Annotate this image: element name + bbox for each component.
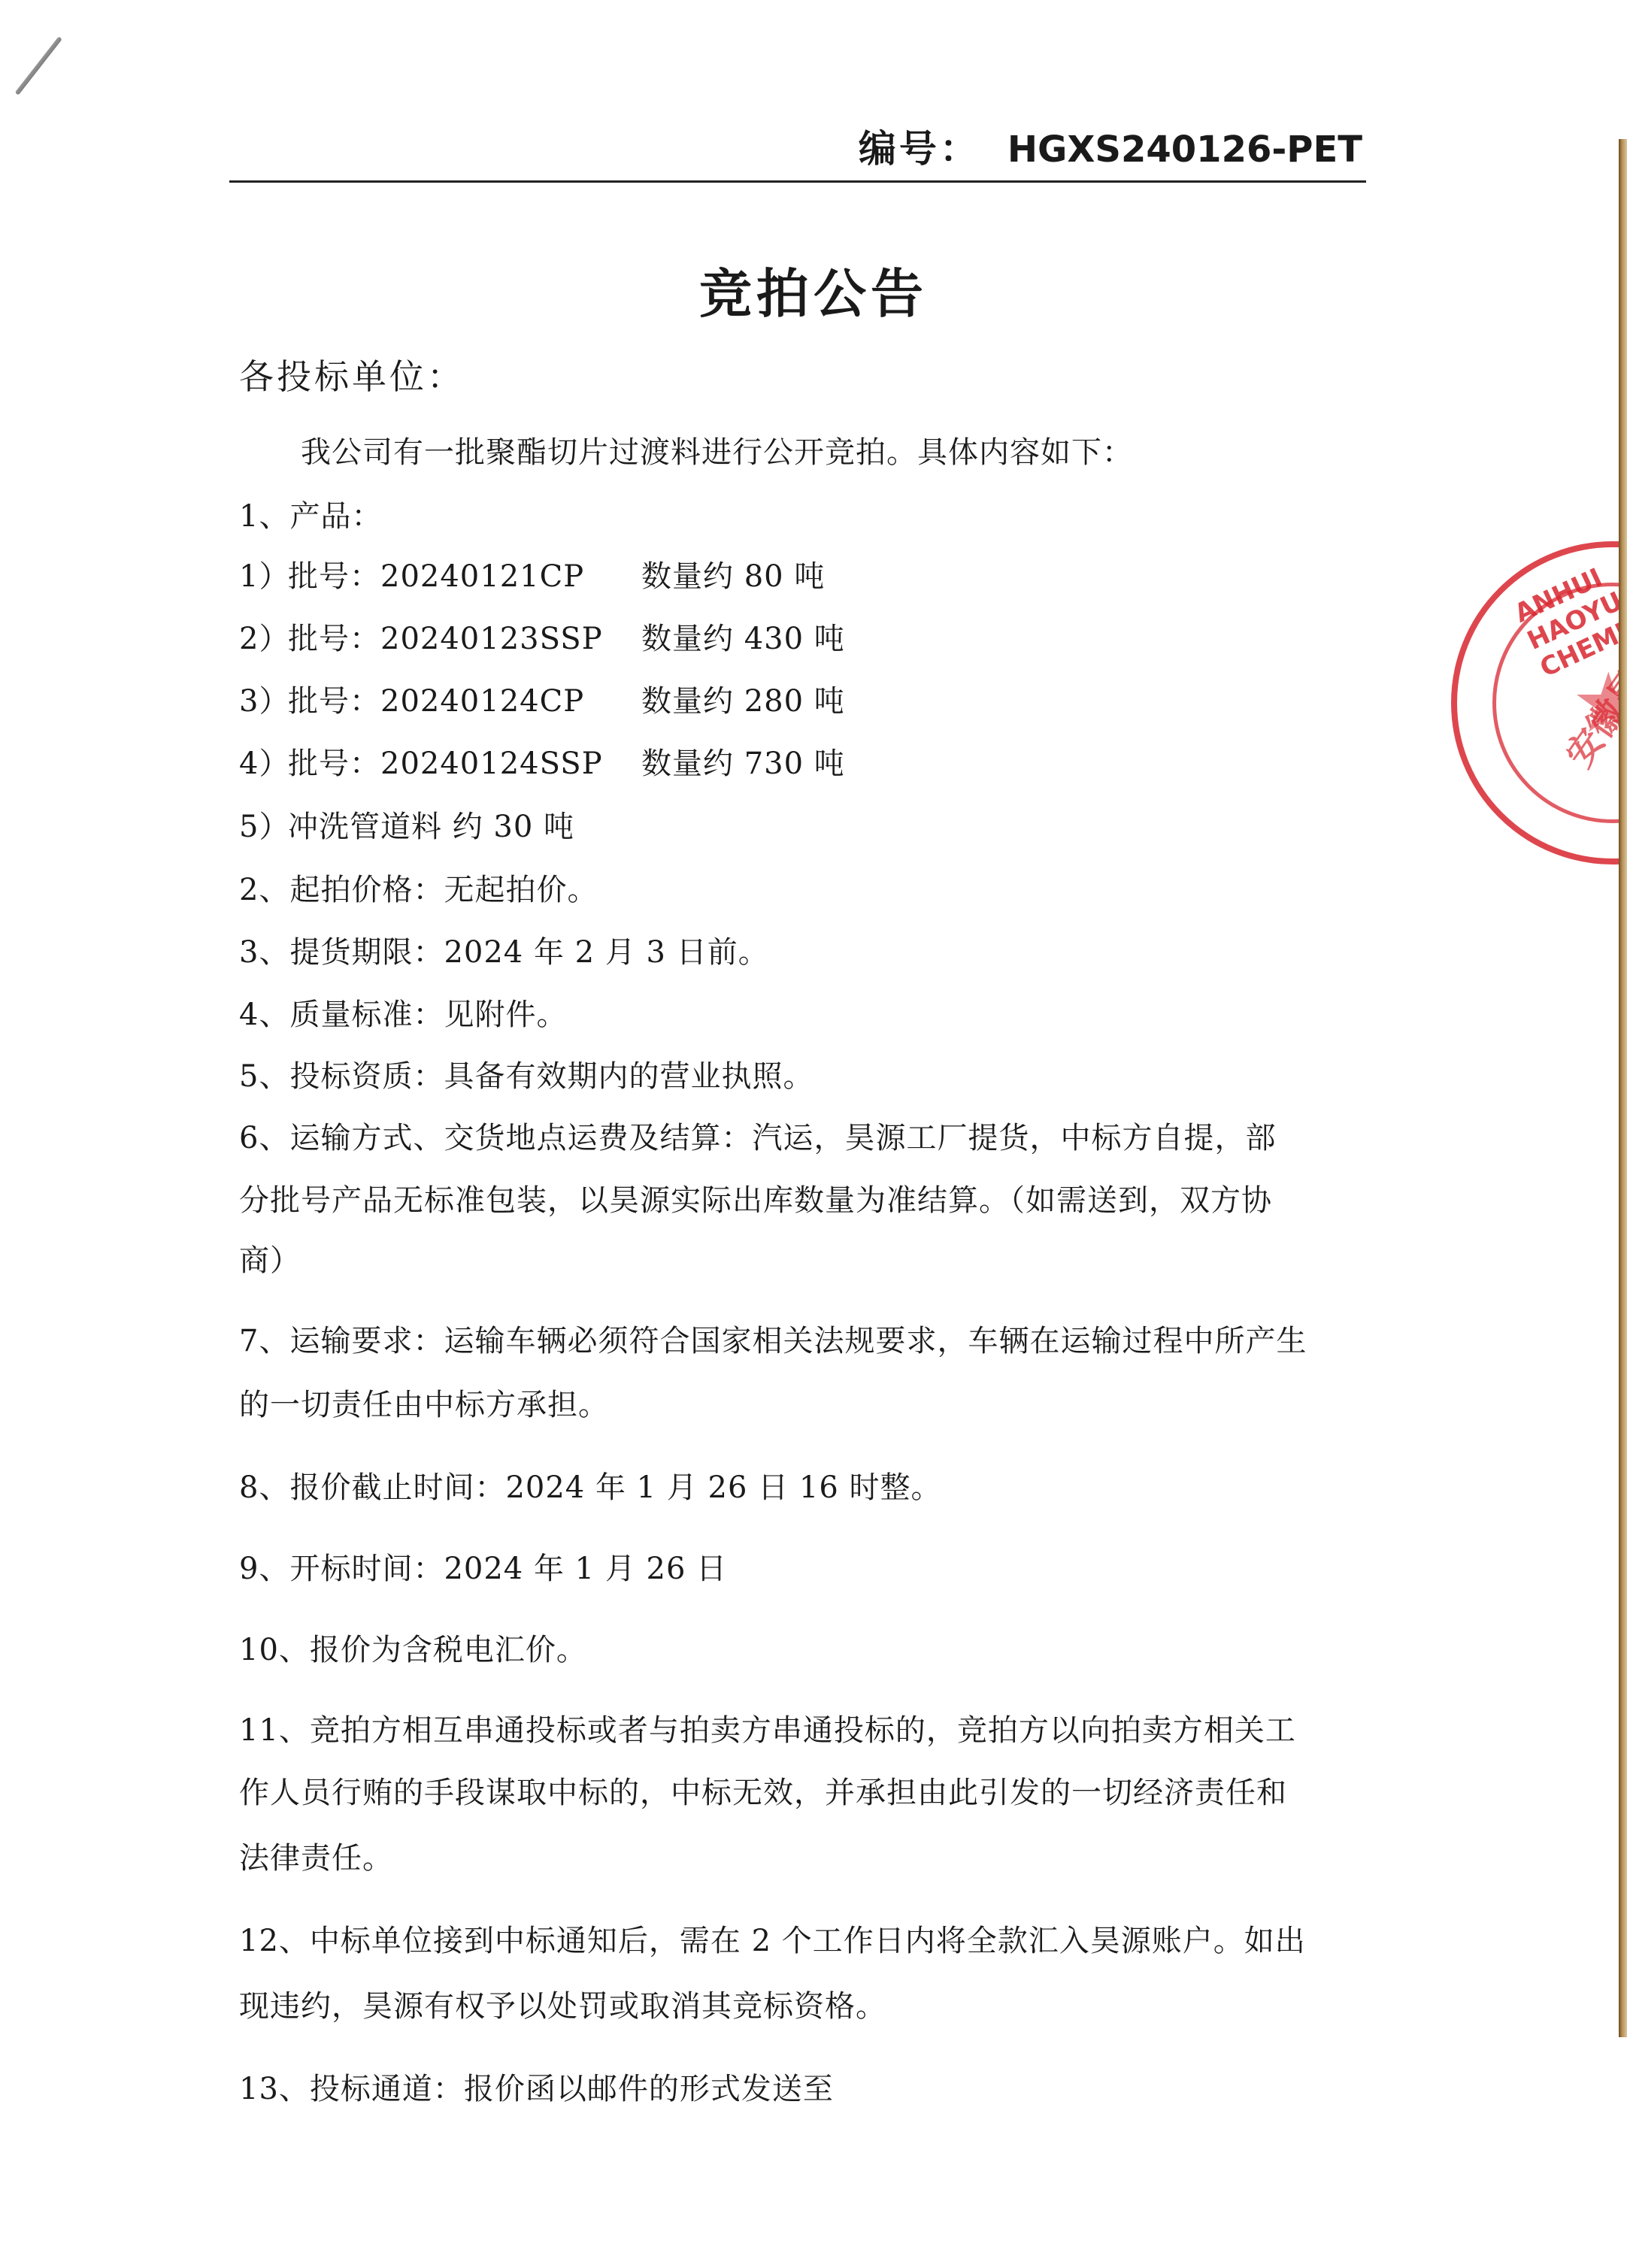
document-number: 编号： HGXS240126-PET xyxy=(859,119,1362,173)
item-bidder-qualification: 5、投标资质：具备有效期内的营业执照。 xyxy=(239,1052,813,1095)
product-number: 4） xyxy=(239,740,288,783)
company-seal: ★ ANHUI HAOYUAN CHEMICA 安徽昊源化工集 xyxy=(1451,541,1619,865)
salutation: 各投标单位： xyxy=(239,350,465,399)
item-payment-line1: 12、中标单位接到中标通知后，需在 2 个工作日内将全款汇入昊源账户。如出 xyxy=(239,1917,1367,1960)
item-transport-settlement-line3: 商） xyxy=(239,1237,1367,1279)
product-row: 2） 批号：20240123SSP 数量约 430 吨 xyxy=(239,615,845,658)
pencil-mark xyxy=(15,36,62,95)
item-bid-channel: 13、投标通道：报价函以邮件的形式发送至 xyxy=(239,2065,834,2108)
item-collusion-line2: 作人员行贿的手段谋取中标的，中标无效，并承担由此引发的一切经济责任和 xyxy=(239,1769,1367,1812)
paper-edge xyxy=(1619,139,1627,2037)
item-collusion-line3: 法律责任。 xyxy=(239,1834,1367,1877)
product-lot: 批号：20240124SSP xyxy=(288,740,641,783)
product-quantity: 数量约 430 吨 xyxy=(641,615,845,658)
product-number: 1） xyxy=(239,553,288,595)
document-number-value: HGXS240126-PET xyxy=(1007,129,1362,171)
item-payment-line2: 现违约，昊源有权予以处罚或取消其竞标资格。 xyxy=(239,1982,1367,2025)
item-price-terms: 10、报价为含税电汇价。 xyxy=(239,1626,587,1669)
item-transport-requirements-line2: 的一切责任由中标方承担。 xyxy=(239,1381,1367,1424)
product-row: 3） 批号：20240124CP 数量约 280 吨 xyxy=(239,677,845,720)
product-number: 3） xyxy=(239,677,288,720)
product-row: 5） 冲洗管道料 约 30 吨 xyxy=(239,803,574,846)
item-bid-opening: 9、开标时间：2024 年 1 月 26 日 xyxy=(239,1545,727,1588)
product-lot: 批号：20240123SSP xyxy=(288,615,641,658)
product-lot: 冲洗管道料 约 30 吨 xyxy=(288,803,574,846)
item-collusion-line1: 11、竞拍方相互串通投标或者与拍卖方串通投标的，竞拍方以向拍卖方相关工 xyxy=(239,1706,1367,1749)
item-transport-settlement-line2: 分批号产品无标准包装，以昊源实际出库数量为准结算。（如需送到，双方协 xyxy=(239,1176,1367,1219)
product-number: 2） xyxy=(239,615,288,658)
product-quantity: 数量约 280 吨 xyxy=(641,677,845,720)
product-quantity: 数量约 730 吨 xyxy=(641,740,845,783)
header-divider xyxy=(229,180,1366,183)
item-transport-settlement-line1: 6、运输方式、交货地点运费及结算：汽运，昊源工厂提货，中标方自提，部 xyxy=(239,1114,1367,1157)
product-quantity: 数量约 80 吨 xyxy=(641,553,825,595)
product-lot: 批号：20240124CP xyxy=(288,677,641,720)
page-title: 竞拍公告 xyxy=(0,252,1627,328)
item-starting-price: 2、起拍价格：无起拍价。 xyxy=(239,866,598,909)
item-quality-standard: 4、质量标准：见附件。 xyxy=(239,991,567,1034)
product-number: 5） xyxy=(239,803,288,846)
product-lot: 批号：20240121CP xyxy=(288,553,641,595)
item-transport-requirements-line1: 7、运输要求：运输车辆必须符合国家相关法规要求，车辆在运输过程中所产生 xyxy=(239,1317,1367,1360)
item-pickup-deadline: 3、提货期限：2024 年 2 月 3 日前。 xyxy=(239,928,769,971)
intro-paragraph: 我公司有一批聚酯切片过渡料进行公开竞拍。具体内容如下： xyxy=(301,428,1133,471)
product-row: 1） 批号：20240121CP 数量约 80 吨 xyxy=(239,553,825,595)
section-products-heading: 1、产品： xyxy=(239,492,382,535)
document-number-label: 编号： xyxy=(859,119,980,173)
item-quote-deadline: 8、报价截止时间：2024 年 1 月 26 日 16 时整。 xyxy=(239,1464,942,1506)
product-row: 4） 批号：20240124SSP 数量约 730 吨 xyxy=(239,740,845,783)
